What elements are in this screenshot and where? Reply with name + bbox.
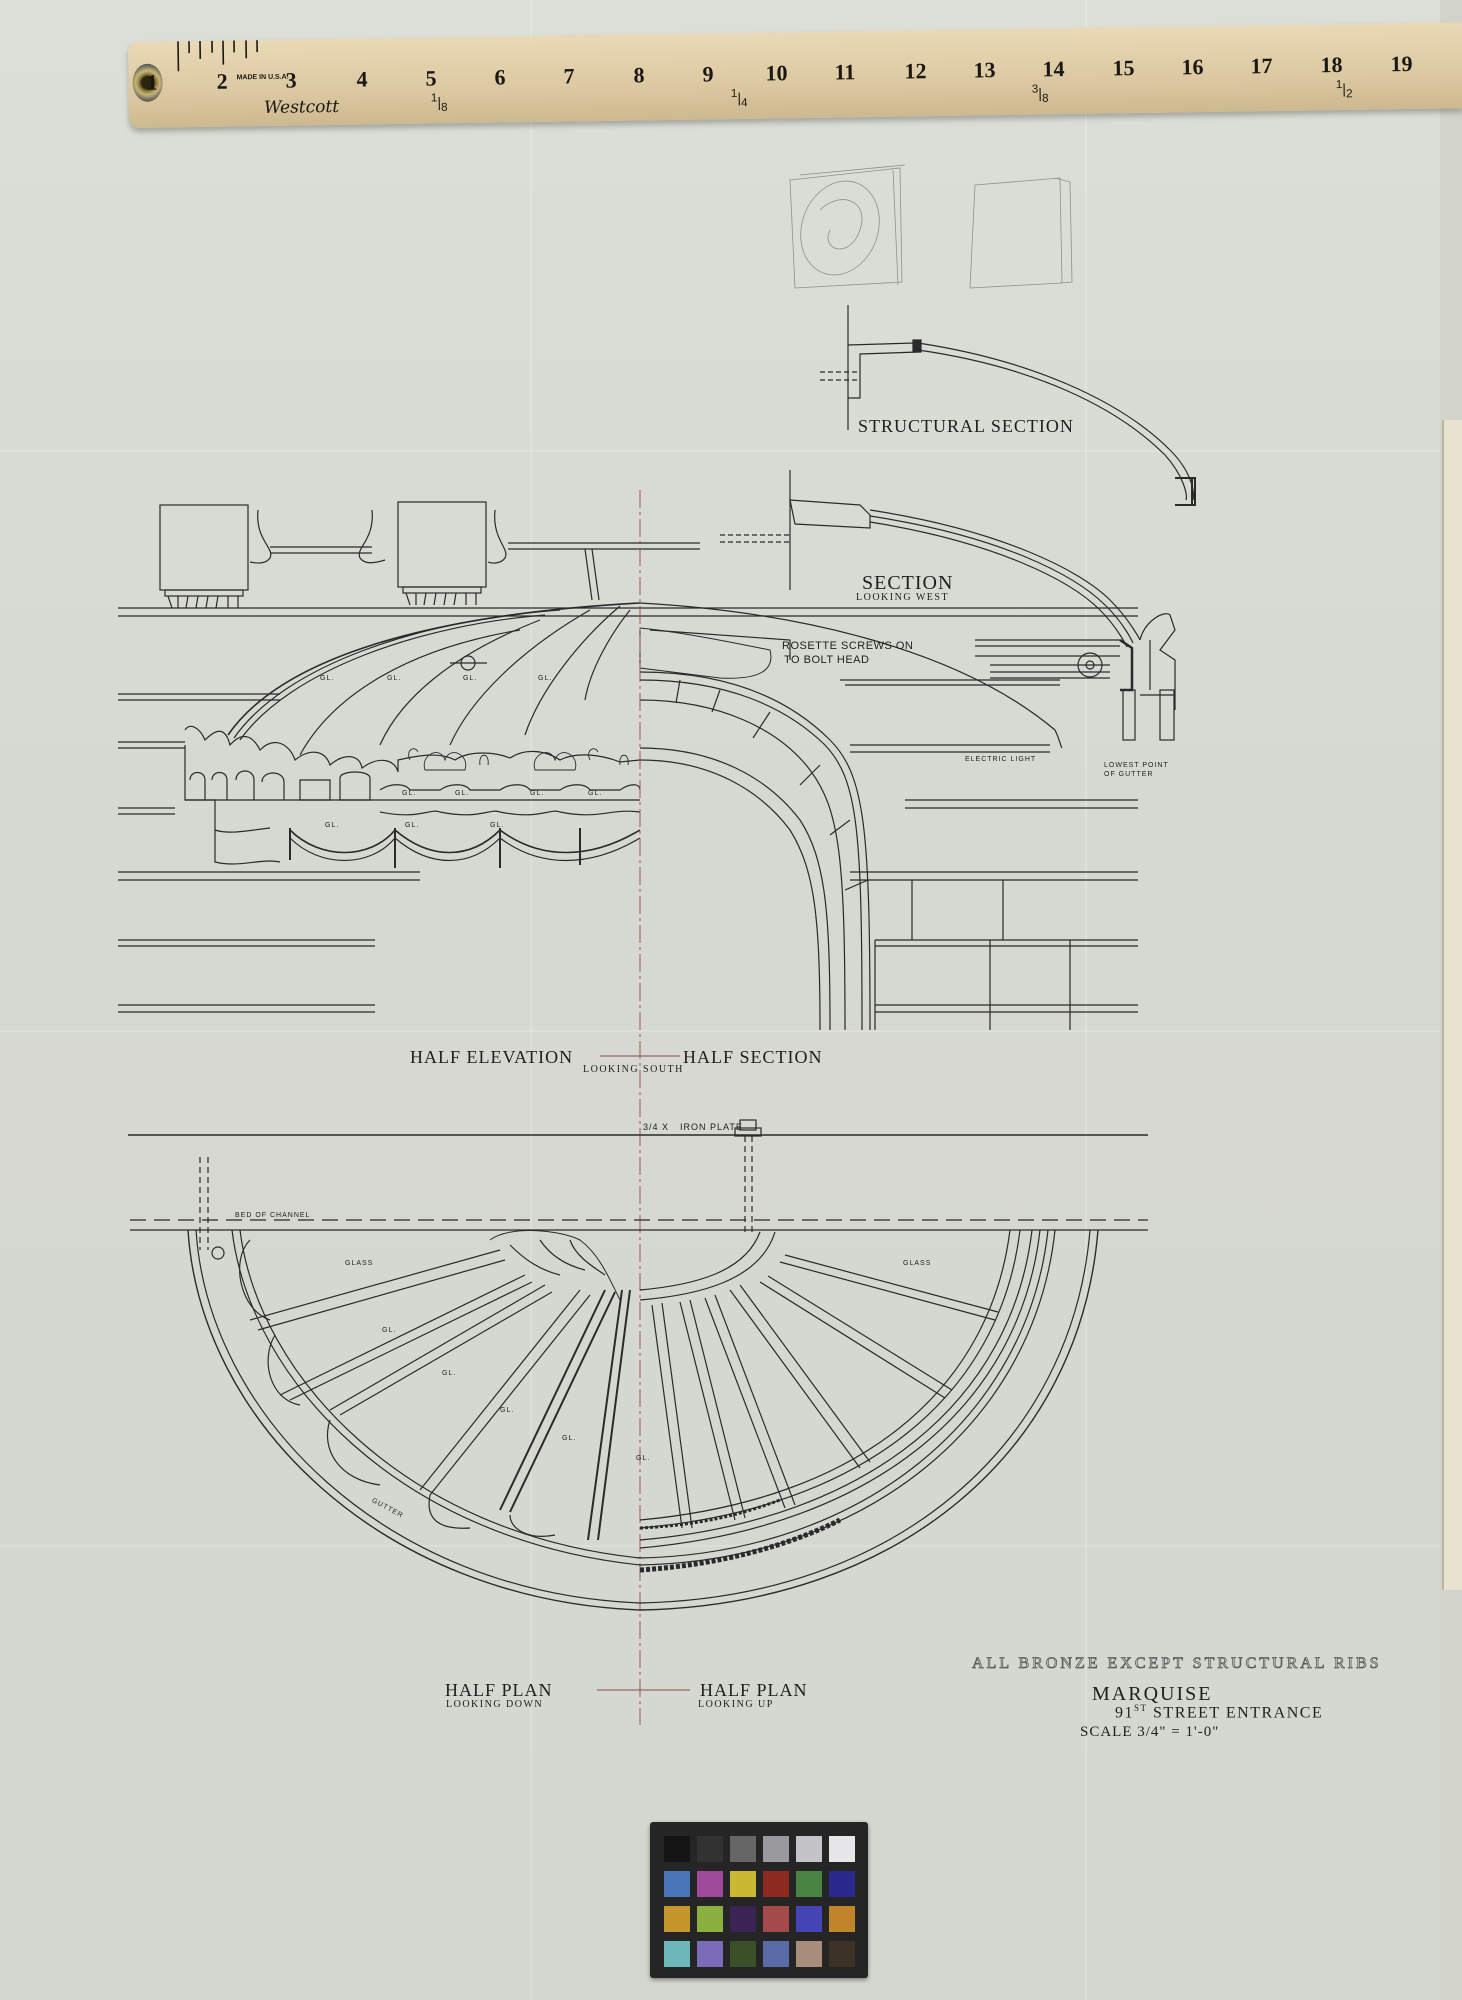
glass-label: GL. <box>320 675 334 682</box>
ruler-number: 10 <box>765 60 787 86</box>
color-swatch <box>730 1836 756 1862</box>
glass-label: GLASS <box>903 1260 931 1267</box>
glass-label: GL. <box>463 675 477 682</box>
glass-label: GL. <box>455 790 469 797</box>
lowest-point-note-line2: OF GUTTER <box>1104 771 1153 778</box>
color-swatch <box>796 1941 822 1967</box>
ruler-number: 19 <box>1390 51 1412 77</box>
glass-label: GL. <box>442 1370 456 1377</box>
glass-label: GL. <box>636 1455 650 1462</box>
ruler-made-in: MADE IN U.S.A. <box>236 74 288 82</box>
half-plan-down-title: HALF PLAN <box>445 1680 553 1701</box>
color-swatch <box>829 1871 855 1897</box>
glass-label: GL. <box>530 790 544 797</box>
color-swatch <box>697 1836 723 1862</box>
glass-label: GL. <box>500 1407 514 1414</box>
structural-section-drawing <box>820 305 1195 505</box>
ruler-number: 3 <box>285 68 296 94</box>
ruler-number: 5 <box>425 65 436 91</box>
drawing-location: 91ST STREET ENTRANCE <box>1115 1703 1323 1722</box>
glass-label: GL. <box>538 675 552 682</box>
electric-light-note: ELECTRIC LIGHT <box>965 756 1036 763</box>
ruler-fraction: 1|8 <box>431 91 448 114</box>
color-checker-card <box>650 1822 868 1978</box>
half-plan-up-title: HALF PLAN <box>700 1680 808 1701</box>
color-swatch <box>730 1871 756 1897</box>
ruler-number: 15 <box>1112 55 1134 81</box>
lowest-point-note-line1: LOWEST POINT <box>1104 762 1169 769</box>
color-swatch <box>730 1906 756 1932</box>
ruler-number: 1 <box>146 70 157 96</box>
rosette-note-line2: TO BOLT HEAD <box>784 654 869 666</box>
drawing-scale: SCALE 3/4" = 1'-0" <box>1080 1724 1219 1741</box>
pencil-sketches <box>788 165 1072 288</box>
ruler-number: 12 <box>904 58 926 84</box>
half-plan-drawing <box>128 1120 1148 1610</box>
color-swatch <box>664 1906 690 1932</box>
iron-plate-note: IRON PLATE <box>680 1122 743 1132</box>
ruler-number: 4 <box>356 66 367 92</box>
color-swatch <box>697 1941 723 1967</box>
ruler-fraction: 1|4 <box>731 87 748 110</box>
glass-label: GL. <box>382 1327 396 1334</box>
ruler-fraction: 3|8 <box>1032 82 1049 105</box>
ruler-number: 8 <box>633 62 644 88</box>
material-note: ALL BRONZE EXCEPT STRUCTURAL RIBS <box>972 1655 1382 1673</box>
half-section-arch-drawing <box>640 603 1138 1030</box>
color-swatch <box>763 1906 789 1932</box>
color-swatch <box>697 1906 723 1932</box>
half-section-title: HALF SECTION <box>683 1047 823 1068</box>
color-swatch <box>664 1836 690 1862</box>
color-swatch <box>697 1871 723 1897</box>
half-elevation-title: HALF ELEVATION <box>410 1047 573 1068</box>
glass-label: GL. <box>402 790 416 797</box>
iron-plate-size: 3/4 X <box>643 1122 669 1132</box>
half-elevation-subtitle: LOOKING SOUTH <box>583 1064 684 1075</box>
ruler-number: 18 <box>1320 52 1342 78</box>
ruler-number: 2 <box>216 69 227 95</box>
ruler-number: 6 <box>494 64 505 90</box>
section-looking-west-drawing <box>720 470 1175 740</box>
structural-section-title: STRUCTURAL SECTION <box>858 416 1074 437</box>
color-swatch <box>664 1941 690 1967</box>
ruler-number: 14 <box>1042 56 1064 82</box>
ruler-number: 9 <box>702 61 713 87</box>
color-swatch <box>796 1836 822 1862</box>
color-swatch <box>829 1836 855 1862</box>
color-swatch <box>829 1941 855 1967</box>
color-swatch <box>763 1941 789 1967</box>
color-swatch <box>796 1906 822 1932</box>
ruler-number: 16 <box>1181 54 1203 80</box>
color-swatch <box>763 1871 789 1897</box>
ruler-number: 11 <box>834 59 855 85</box>
bed-of-channel-note: BED OF CHANNEL <box>235 1212 310 1219</box>
ruler-fraction: 1|2 <box>1336 78 1353 101</box>
color-swatch <box>829 1906 855 1932</box>
color-swatch <box>796 1871 822 1897</box>
glass-label: GL. <box>490 822 504 829</box>
rosette-note-line1: ROSETTE SCREWS ON <box>782 640 913 652</box>
color-swatch <box>664 1871 690 1897</box>
ruler-brand: Westcott <box>264 97 339 118</box>
section-subtitle: LOOKING WEST <box>856 592 949 603</box>
ruler-number: 17 <box>1250 53 1272 79</box>
glass-label: GL. <box>588 790 602 797</box>
color-swatch <box>763 1836 789 1862</box>
half-plan-up-subtitle: LOOKING UP <box>698 1699 774 1710</box>
glass-label: GL. <box>405 822 419 829</box>
glass-label: GLASS <box>345 1260 373 1267</box>
ruler-number: 7 <box>563 63 574 89</box>
half-plan-down-subtitle: LOOKING DOWN <box>446 1699 543 1710</box>
ruler-number: 13 <box>973 57 995 83</box>
color-swatch <box>730 1941 756 1967</box>
glass-label: GL. <box>562 1435 576 1442</box>
glass-label: GL. <box>387 675 401 682</box>
glass-label: GL. <box>325 822 339 829</box>
